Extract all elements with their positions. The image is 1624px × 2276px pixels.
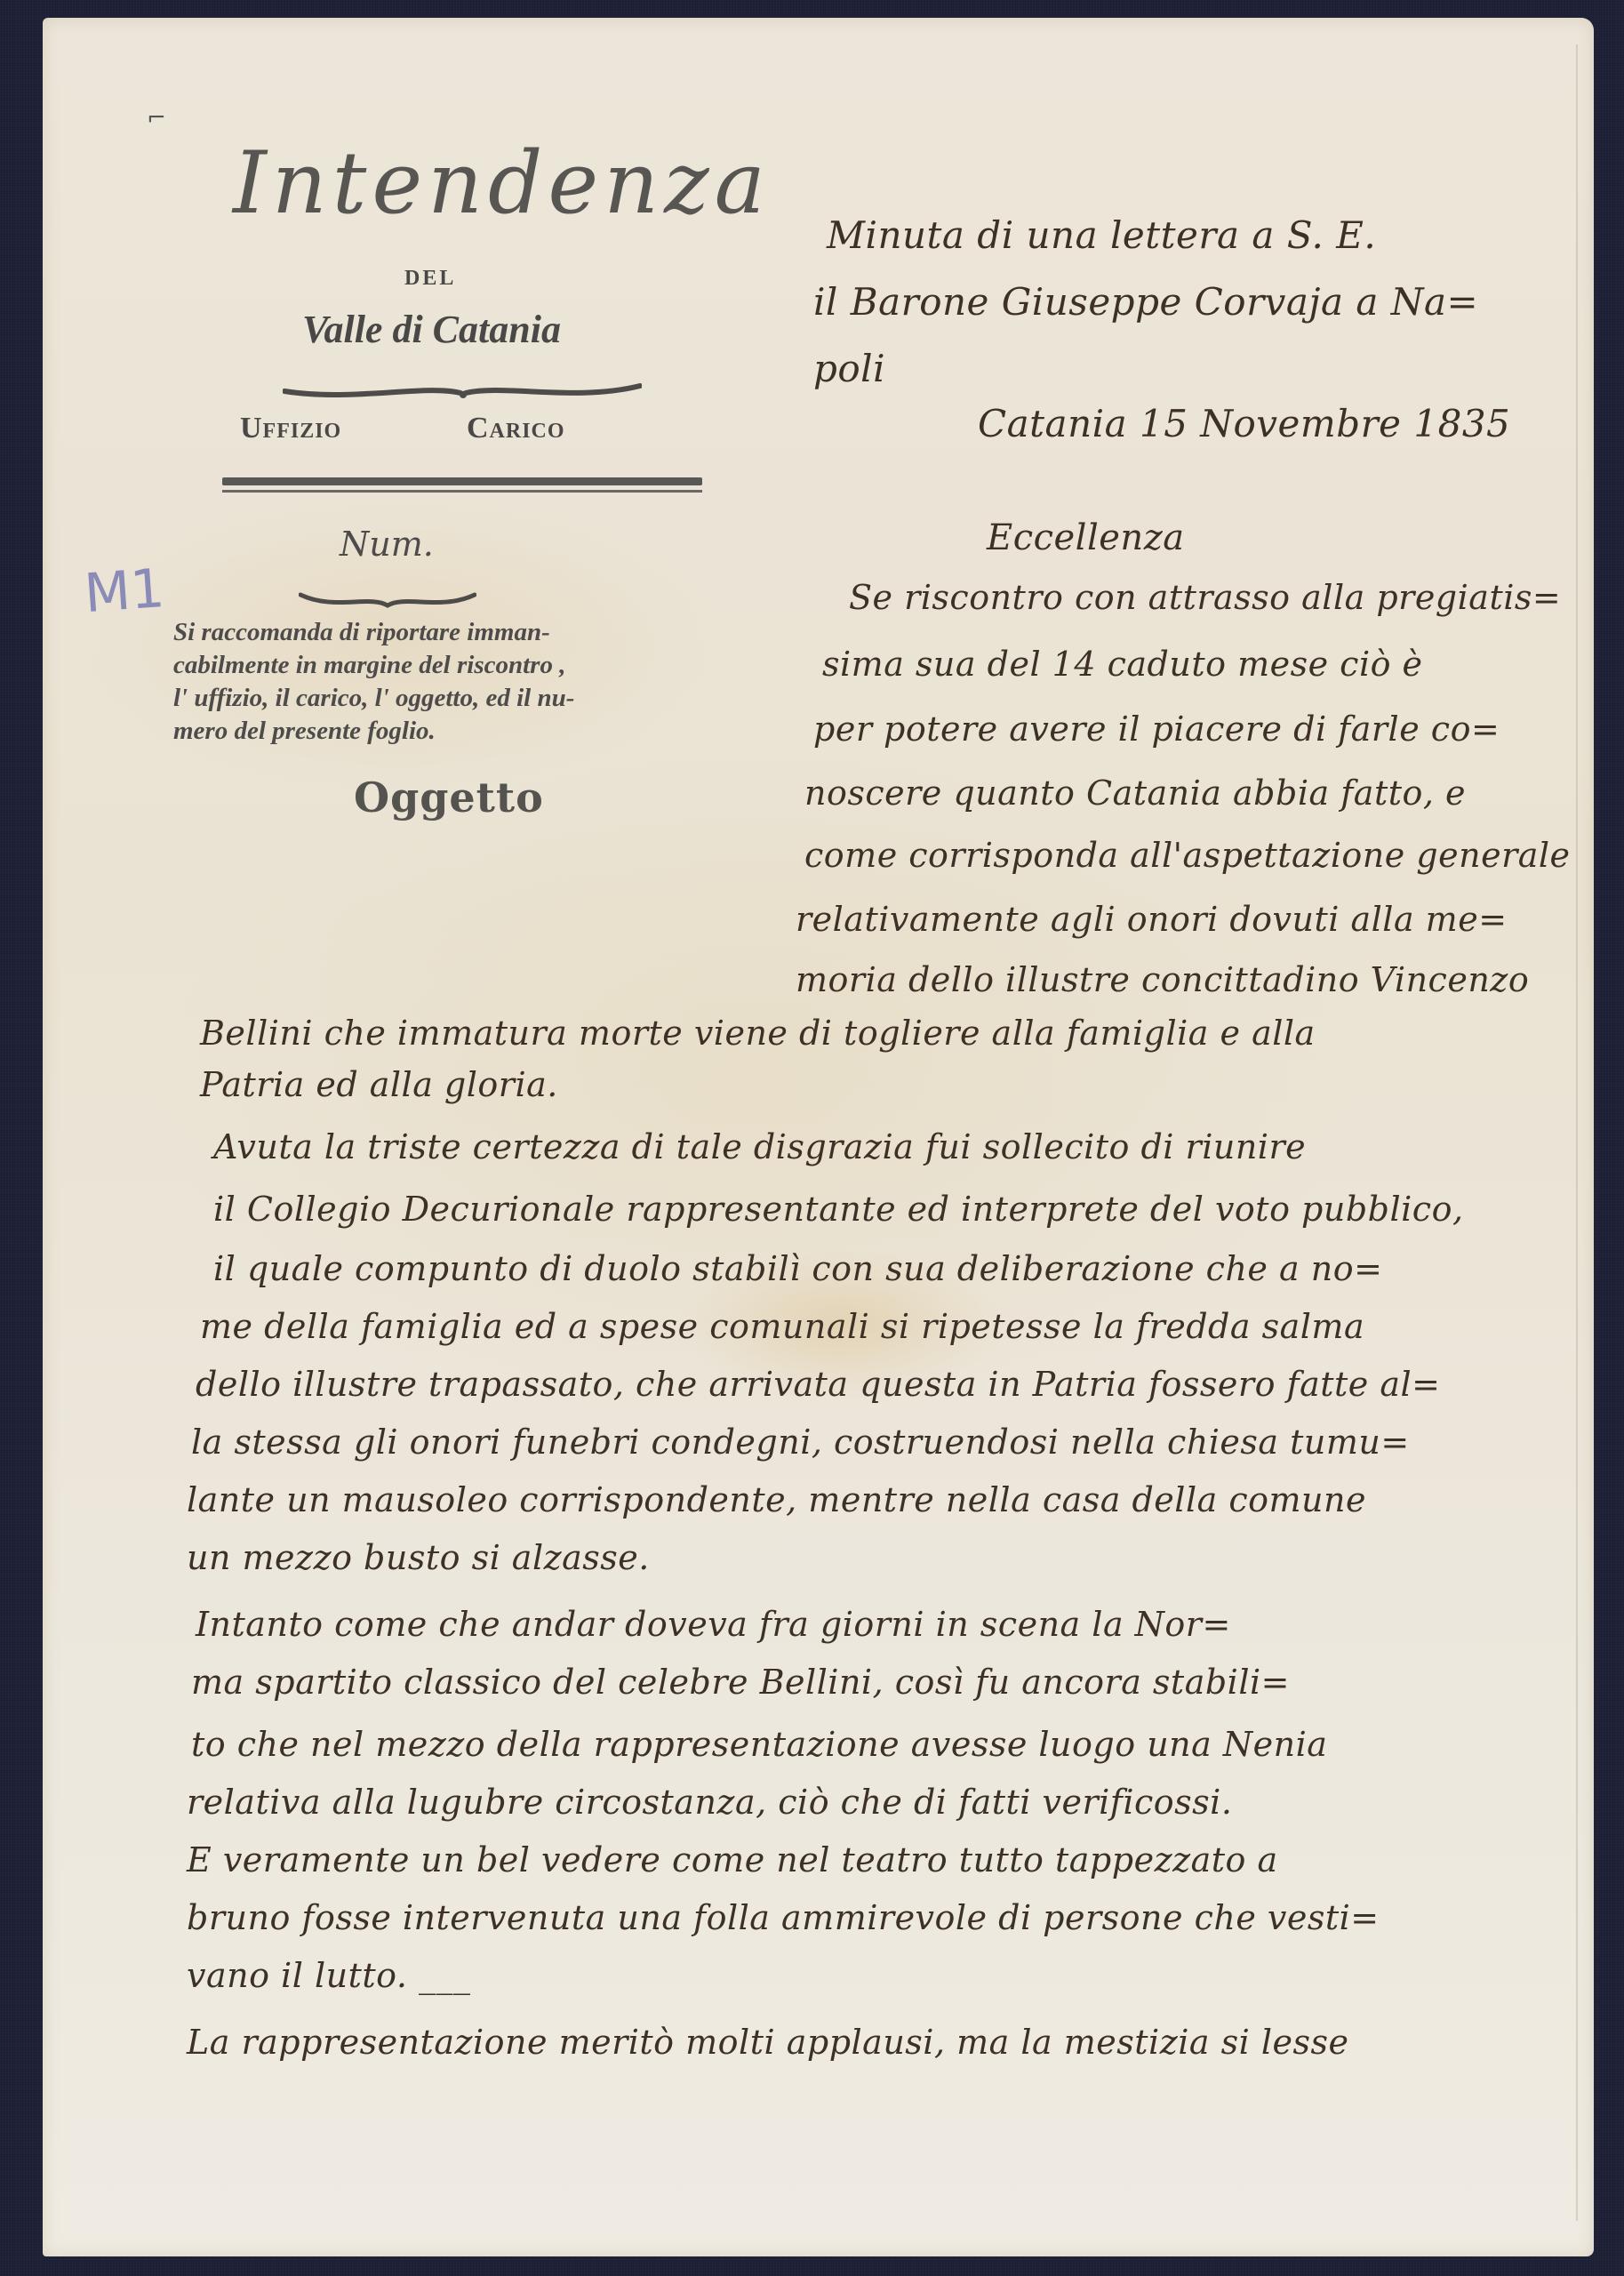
body-line: me della famiglia ed a spese comunali si…: [200, 1307, 1364, 1346]
salutation: Eccellenza: [987, 517, 1185, 558]
corner-mark: ⌐: [147, 105, 166, 132]
body-line: to che nel mezzo della rappresentazione …: [191, 1725, 1327, 1764]
body-line: il Collegio Decurionale rappresentante e…: [213, 1190, 1464, 1229]
body-line: ma spartito classico del celebre Bellini…: [191, 1663, 1290, 1702]
body-line: il quale compunto di duolo stabilì con s…: [213, 1249, 1382, 1288]
body-line: dello illustre trapassato, che arrivata …: [196, 1365, 1441, 1404]
letterhead-rule-thick: [222, 477, 702, 485]
body-line: relativamente agli onori dovuti alla me=: [796, 900, 1508, 939]
note-line: mero del presente foglio.: [173, 715, 742, 748]
body-line: lante un mausoleo corrispondente, mentre…: [187, 1480, 1366, 1519]
body-line: relativa alla lugubre circostanza, ciò c…: [187, 1783, 1232, 1822]
body-line: La rappresentazione meritò molti applaus…: [187, 2023, 1348, 2062]
letterhead-uffizio: Uffizio: [240, 412, 341, 445]
letterhead-carico: Carico: [467, 412, 565, 445]
letterhead-num-label: Num.: [340, 525, 434, 564]
body-line: come corrisponda all'aspettazione genera…: [804, 836, 1571, 875]
header-line: il Barone Giuseppe Corvaja a Na=: [813, 280, 1478, 324]
flourish-divider-icon: [283, 382, 642, 402]
flourish-small-icon: [299, 591, 476, 613]
letterhead-valle: Valle di Catania: [302, 307, 561, 352]
header-line: Minuta di una lettera a S. E.: [827, 213, 1376, 257]
body-line: noscere quanto Catania abbia fatto, e: [804, 773, 1466, 813]
body-line: vano il lutto. ___: [187, 1956, 470, 1995]
dateline: Catania 15 Novembre 1835: [978, 402, 1510, 445]
letterhead-instruction-note: Si raccomanda di riportare imman- cabilm…: [173, 616, 742, 748]
pencil-archive-mark: M1: [83, 557, 167, 625]
note-line: Si raccomanda di riportare imman-: [173, 616, 742, 649]
body-line: la stessa gli onori funebri condegni, co…: [191, 1422, 1410, 1462]
header-line: poli: [813, 347, 885, 390]
note-line: l' uffizio, il carico, l' oggetto, ed il…: [173, 682, 742, 715]
body-line: moria dello illustre concittadino Vincen…: [796, 960, 1529, 999]
body-line: E veramente un bel vedere come nel teatr…: [187, 1840, 1278, 1879]
letterhead-del: DEL: [404, 267, 456, 291]
letterhead-oggetto: Oggetto: [354, 773, 544, 821]
body-line: bruno fosse intervenuta una folla ammire…: [187, 1898, 1380, 1937]
body-line: Bellini che immatura morte viene di togl…: [200, 1014, 1316, 1053]
body-line: Patria ed alla gloria.: [200, 1065, 558, 1104]
letterhead-rule-thin: [222, 490, 702, 493]
body-line: sima sua del 14 caduto mese ciò è: [822, 645, 1423, 684]
body-line: per potere avere il piacere di farle co=: [813, 709, 1500, 749]
note-line: cabilmente in margine del riscontro ,: [173, 649, 742, 682]
body-line: Intanto come che andar doveva fra giorni…: [196, 1605, 1231, 1644]
body-line: Se riscontro con attrasso alla pregiatis…: [849, 578, 1561, 617]
body-line: un mezzo busto si alzasse.: [187, 1538, 650, 1577]
body-line: Avuta la triste certezza di tale disgraz…: [213, 1127, 1306, 1166]
letterhead-title: Intendenza: [233, 133, 731, 233]
